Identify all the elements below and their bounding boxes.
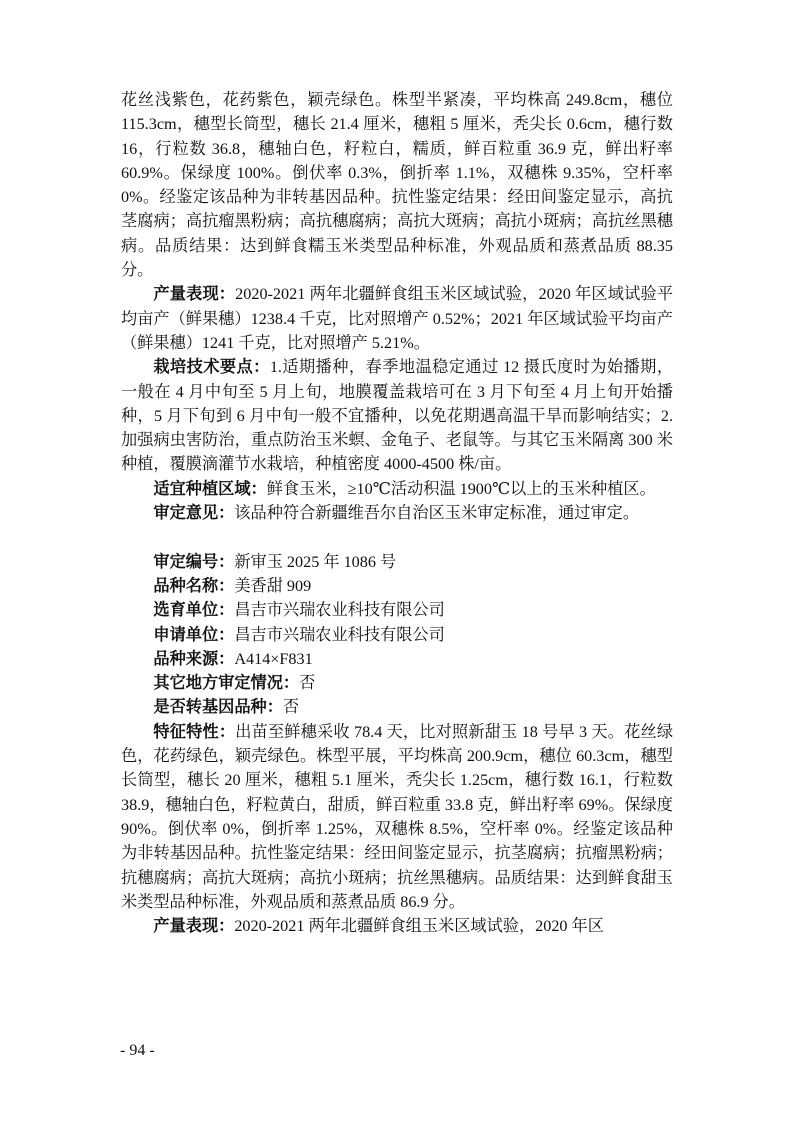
region-text: 鲜食玉米，≥10℃活动积温 1900℃以上的玉米种植区。 [267,480,656,498]
cultivation-label: 栽培技术要点： [153,358,269,376]
characteristics-text: 出苗至鲜穗采收 78.4 天，比对照新甜玉 18 号早 3 天。花丝绿色，花药绿… [121,723,673,911]
field-label: 其它地方审定情况： [153,674,299,692]
field-label: 是否转基因品种： [153,698,283,716]
field-source: 品种来源：A414×F831 [121,647,673,671]
opinion-label: 审定意见： [153,504,234,522]
field-value: 昌吉市兴瑞农业科技有限公司 [234,626,444,644]
continuation-paragraph: 花丝浅紫色，花药紫色，颖壳绿色。株型半紧凑，平均株高 249.8cm，穗位 11… [121,88,673,282]
yield-text: 2020-2021 两年北疆鲜食组玉米区域试验，2020 年区 [234,917,604,935]
field-value: A414×F831 [234,650,312,668]
yield-label: 产量表现： [153,917,234,935]
field-label: 选育单位： [153,601,234,619]
document-page: 花丝浅紫色，花药紫色，颖壳绿色。株型半紧凑，平均株高 249.8cm，穗位 11… [121,88,673,938]
field-variety-name: 品种名称：美香甜 909 [121,574,673,598]
field-other-approval: 其它地方审定情况：否 [121,671,673,695]
field-value: 否 [283,698,299,716]
field-label: 品种名称： [153,577,234,595]
opinion-text: 该品种符合新疆维吾尔自治区玉米审定标准，通过审定。 [234,504,639,522]
region-label: 适宜种植区域： [153,480,266,498]
characteristics-label: 特征特性： [153,723,235,741]
section-gap [121,525,673,549]
yield-paragraph-2: 产量表现：2020-2021 两年北疆鲜食组玉米区域试验，2020 年区 [121,914,673,938]
yield-paragraph-1: 产量表现：2020-2021 两年北疆鲜食组玉米区域试验，2020 年区域试验平… [121,282,673,355]
field-applicant: 申请单位：昌吉市兴瑞农业科技有限公司 [121,623,673,647]
field-value: 新审玉 2025 年 1086 号 [234,553,396,571]
field-label: 品种来源： [153,650,234,668]
opinion-paragraph: 审定意见：该品种符合新疆维吾尔自治区玉米审定标准，通过审定。 [121,501,673,525]
field-breeder: 选育单位：昌吉市兴瑞农业科技有限公司 [121,598,673,622]
field-approval-number: 审定编号：新审玉 2025 年 1086 号 [121,550,673,574]
field-label: 申请单位： [153,626,234,644]
field-value: 美香甜 909 [234,577,311,595]
cultivation-paragraph: 栽培技术要点：1.适期播种，春季地温稳定通过 12 摄氏度时为始播期，一般在 4… [121,355,673,476]
yield-label: 产量表现： [153,285,235,303]
field-value: 昌吉市兴瑞农业科技有限公司 [234,601,444,619]
characteristics-paragraph: 特征特性：出苗至鲜穗采收 78.4 天，比对照新甜玉 18 号早 3 天。花丝绿… [121,720,673,914]
field-value: 否 [299,674,315,692]
field-label: 审定编号： [153,553,234,571]
region-paragraph: 适宜种植区域：鲜食玉米，≥10℃活动积温 1900℃以上的玉米种植区。 [121,477,673,501]
field-gmo: 是否转基因品种：否 [121,695,673,719]
page-number: - 94 - [120,1042,155,1060]
